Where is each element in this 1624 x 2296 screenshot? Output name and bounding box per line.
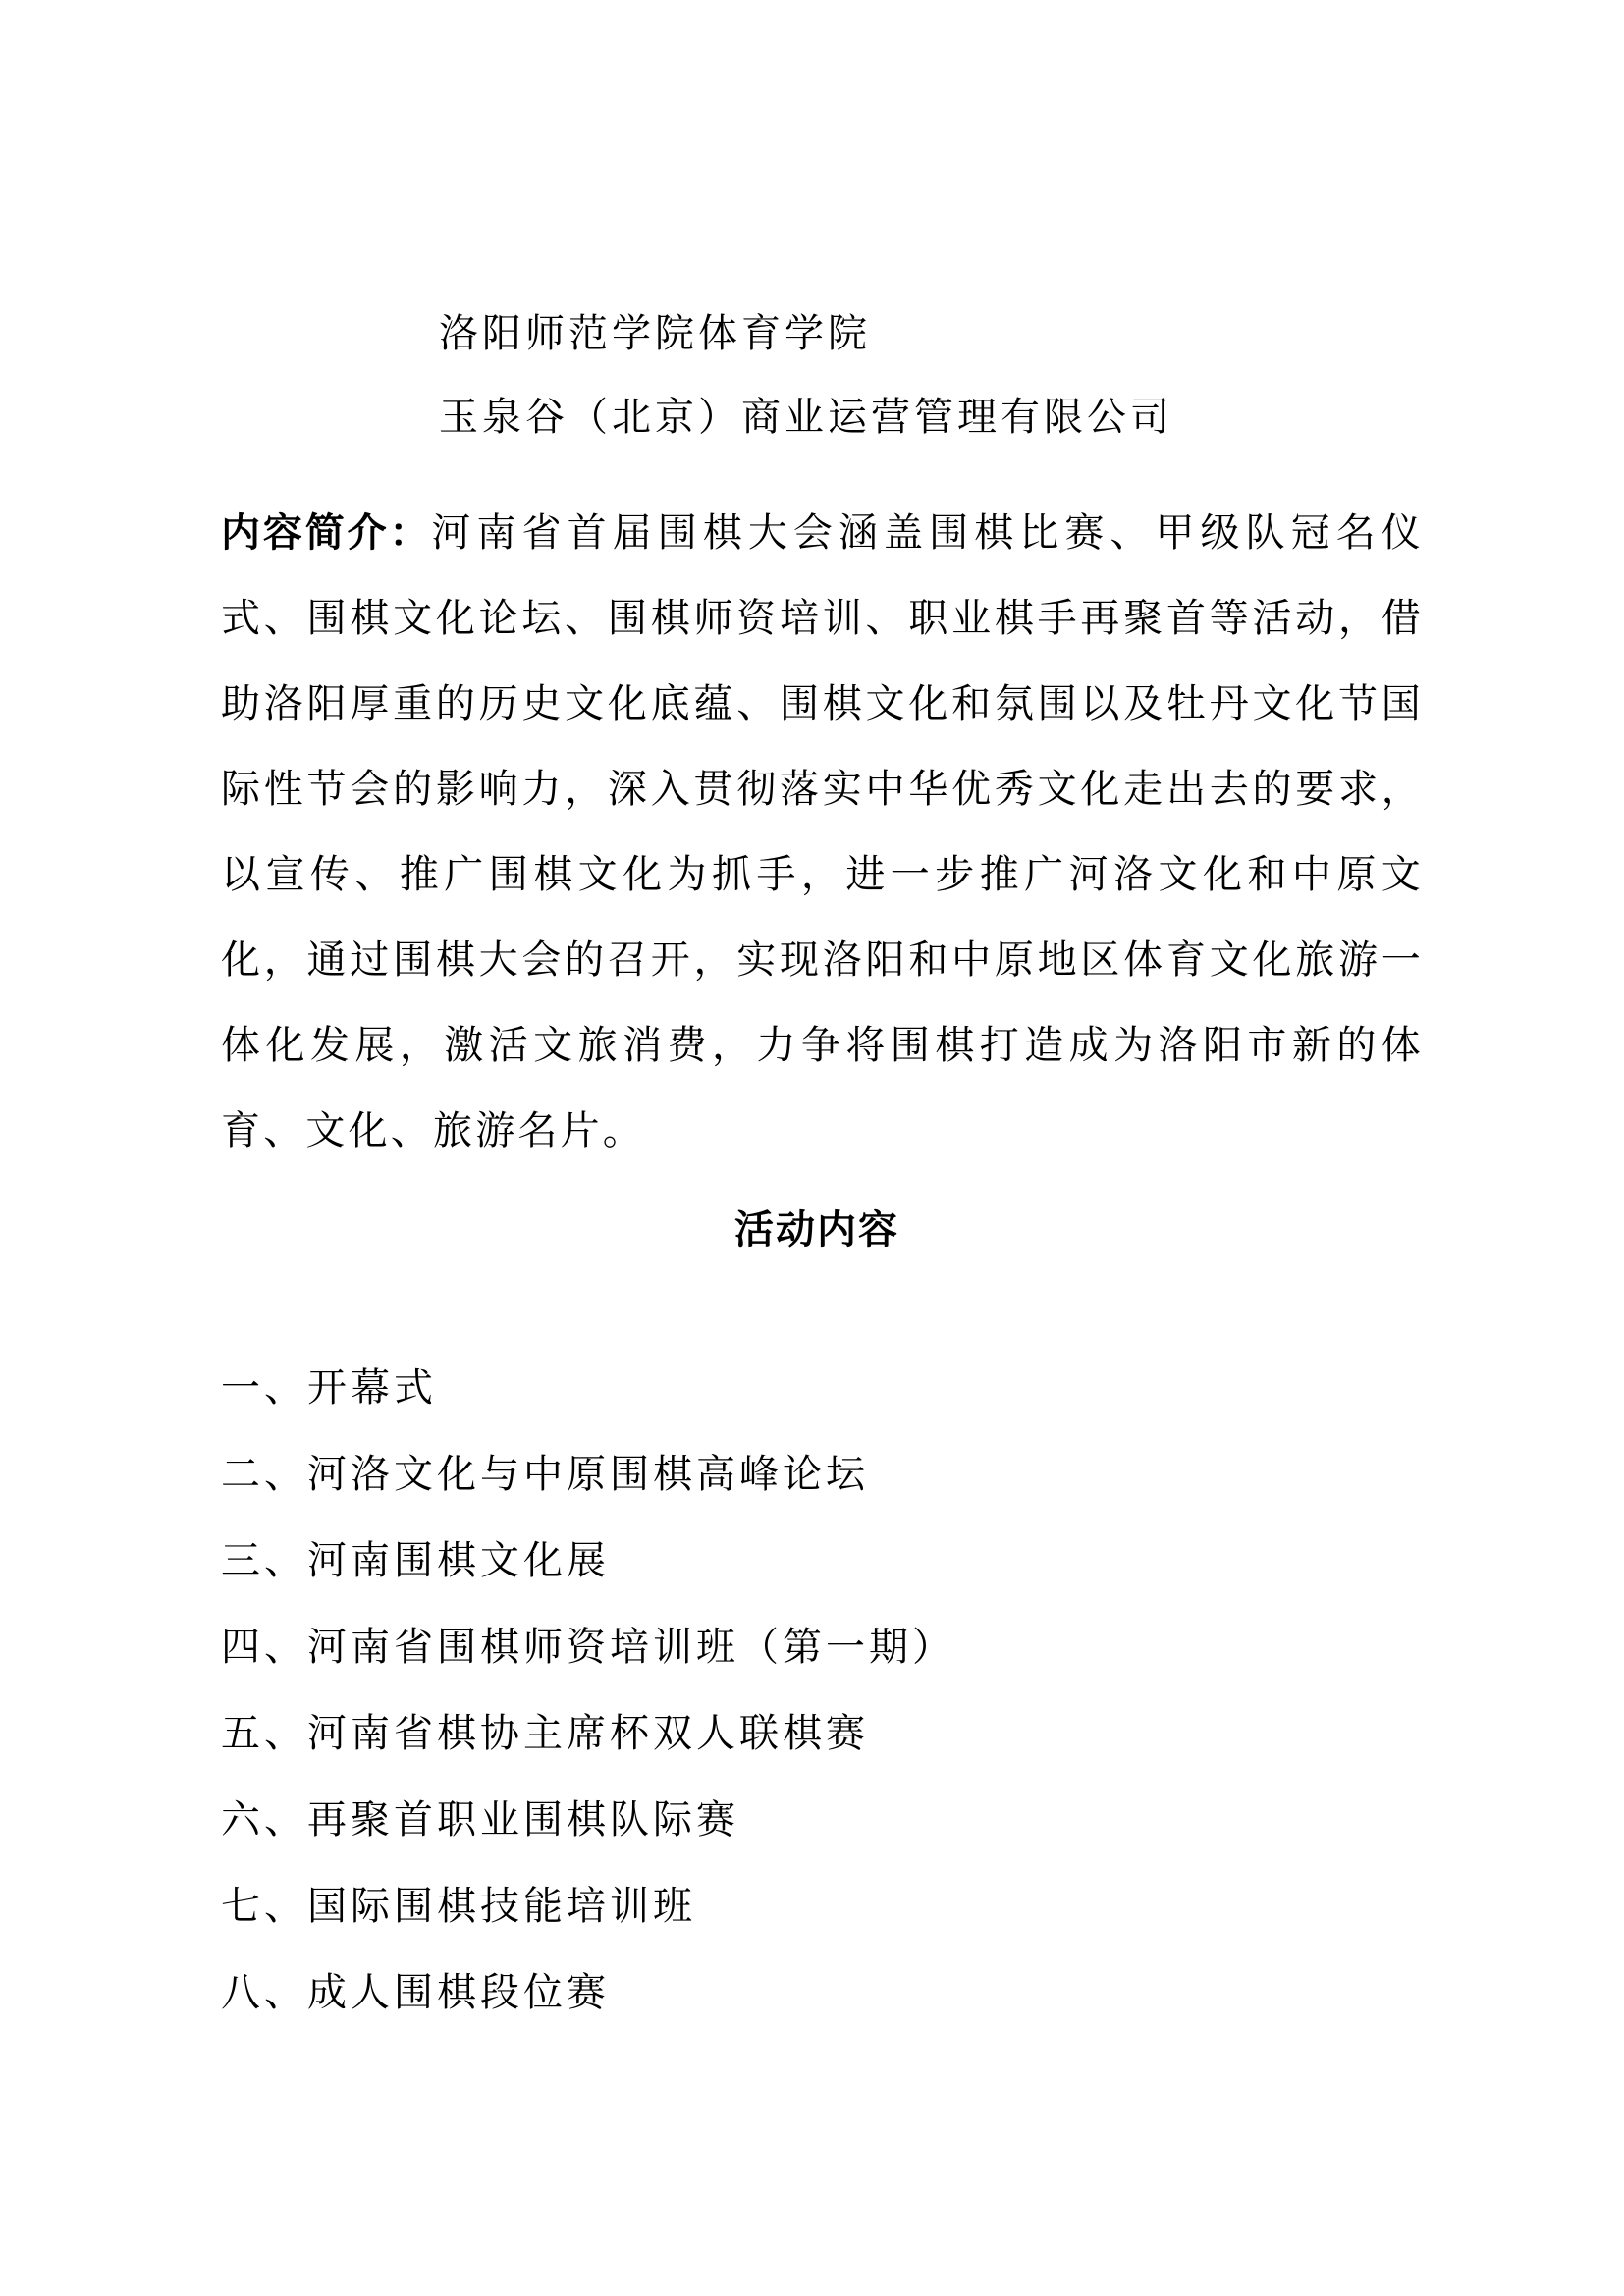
intro-paragraph: 内容简介：河南省首届围棋大会涵盖围棋比赛、甲级队冠名仪式、围棋文化论坛、围棋师资… (221, 491, 1424, 1174)
intro-label: 内容简介： (221, 510, 431, 556)
activity-item: 二、河洛文化与中原围棋高峰论坛 (221, 1431, 955, 1518)
organizer-line: 洛阳师范学院体育学院 (439, 309, 871, 358)
intro-text: 河南省首届围棋大会涵盖围棋比赛、甲级队冠名仪式、围棋文化论坛、围棋师资培训、职业… (221, 510, 1424, 1153)
activity-item: 四、河南省围棋师资培训班（第一期） (221, 1604, 955, 1690)
section-title: 活动内容 (0, 1205, 1624, 1255)
activity-item: 三、河南围棋文化展 (221, 1518, 955, 1604)
activity-item: 七、国际围棋技能培训班 (221, 1863, 955, 1949)
activity-list: 一、开幕式 二、河洛文化与中原围棋高峰论坛 三、河南围棋文化展 四、河南省围棋师… (221, 1345, 955, 2036)
activity-item: 八、成人围棋段位赛 (221, 1949, 955, 2036)
organizer-line: 玉泉谷（北京）商业运营管理有限公司 (439, 393, 1173, 442)
activity-item: 五、河南省棋协主席杯双人联棋赛 (221, 1690, 955, 1777)
activity-item: 六、再聚首职业围棋队际赛 (221, 1777, 955, 1863)
activity-item: 一、开幕式 (221, 1345, 955, 1431)
document-page: 洛阳师范学院体育学院 玉泉谷（北京）商业运营管理有限公司 内容简介：河南省首届围… (0, 0, 1624, 2296)
